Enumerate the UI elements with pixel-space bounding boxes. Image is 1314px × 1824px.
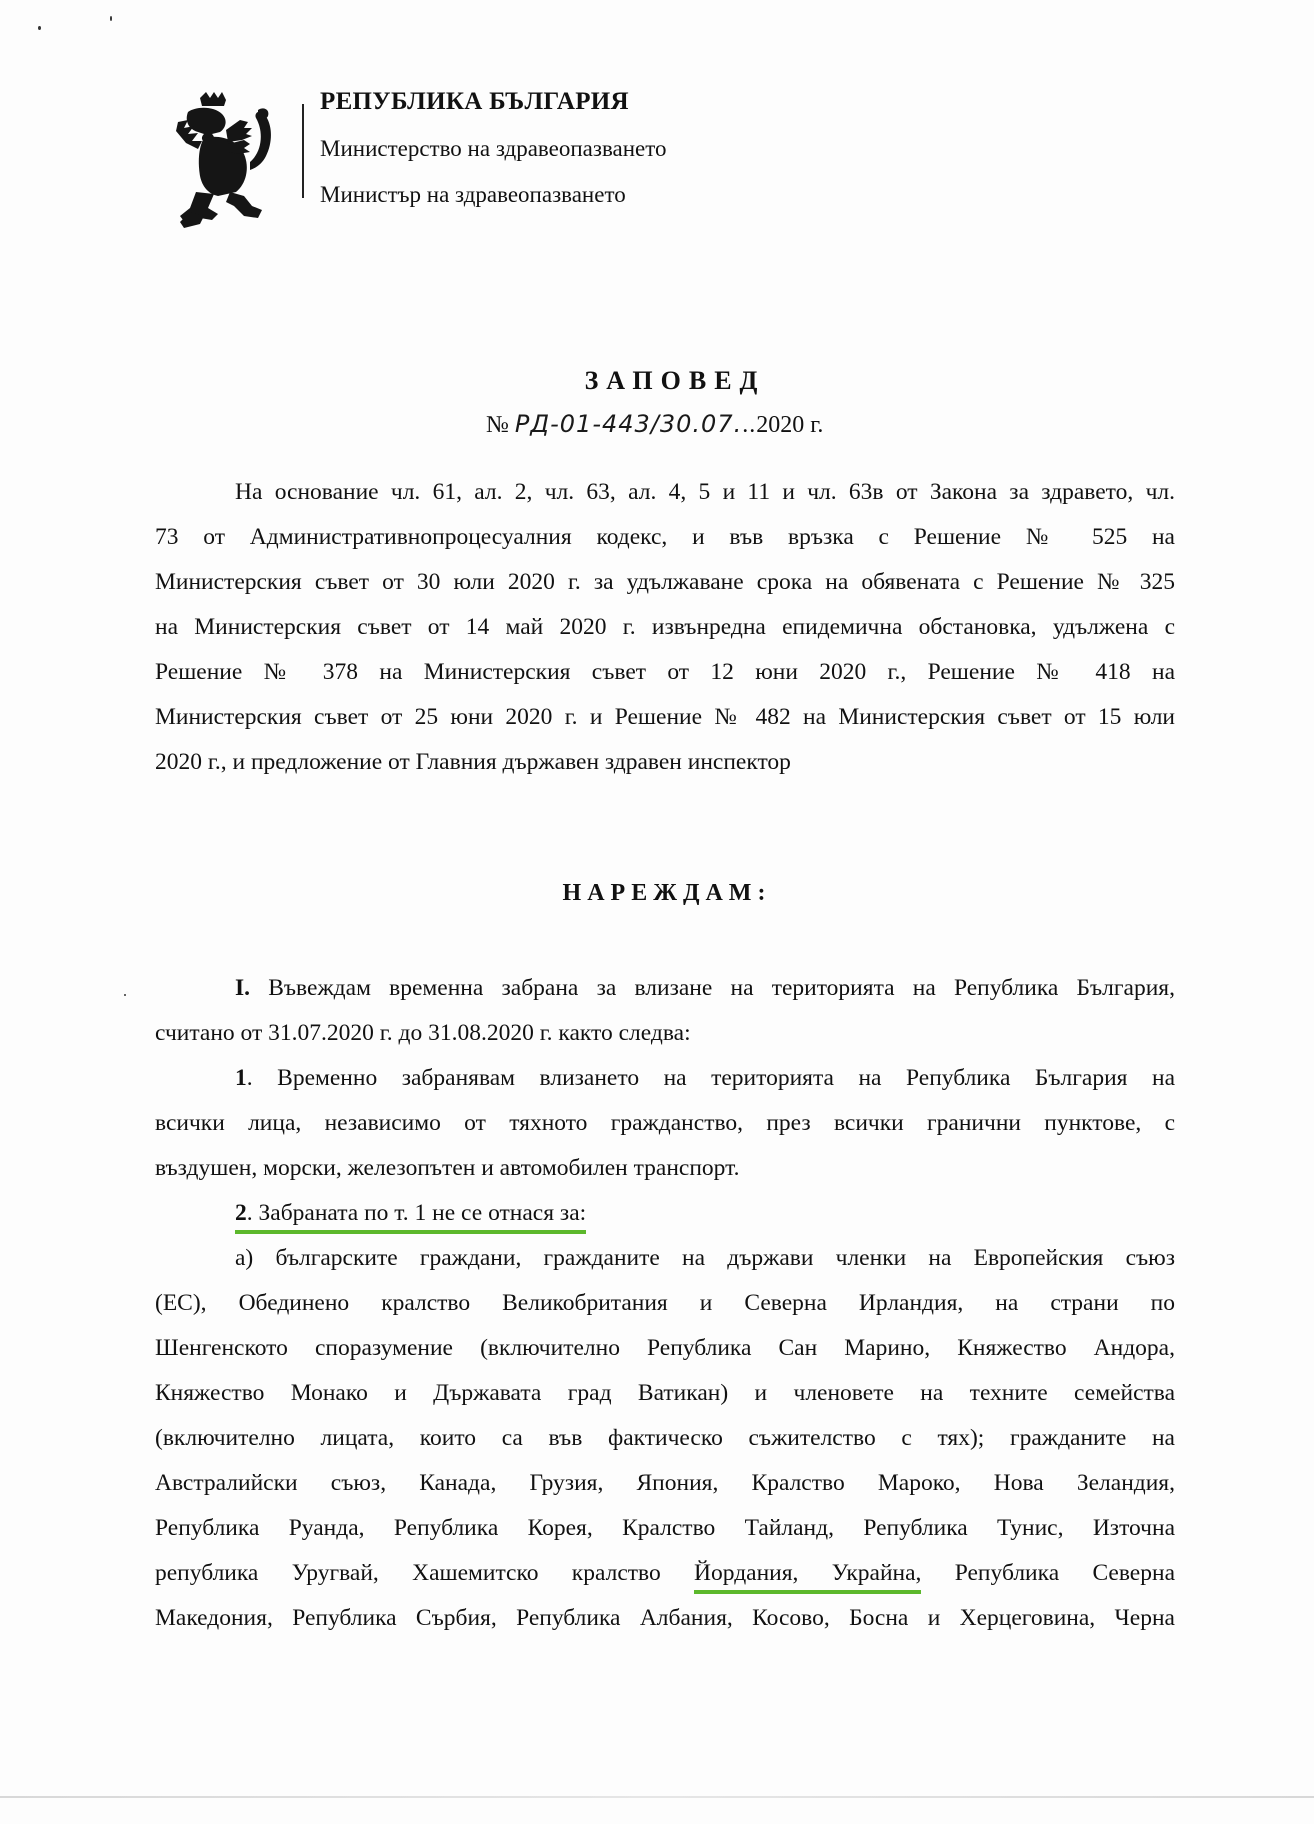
preamble-line: 73 от Административнопроцесуалния кодекс…	[155, 515, 1175, 560]
handwritten-order-number: РД-01-443/30.07.	[515, 410, 742, 438]
preamble-line: на Министерския съвет от 14 май 2020 г. …	[155, 605, 1175, 650]
item-1-line: въздушен, морски, железопътен и автомоби…	[155, 1146, 1175, 1191]
order-year: 2020 г.	[756, 412, 823, 438]
decree-heading: НАРЕЖДАМ:	[0, 880, 1314, 907]
preamble-line: 2020 г., и предложение от Главния държав…	[155, 740, 1175, 785]
scan-speck	[38, 26, 41, 30]
item-2a-line: Австралийски съюз, Канада, Грузия, Япони…	[155, 1461, 1175, 1506]
highlighted-text: Йордания, Украйна,	[694, 1560, 921, 1594]
preamble-line: Министерския съвет от 25 юни 2020 г. и Р…	[155, 695, 1175, 740]
minister-title: Министър на здравеопазването	[320, 182, 626, 208]
item-marker: 1	[235, 1065, 247, 1091]
number-dots: ..	[742, 412, 756, 438]
highlighted-text: 2. Забраната по т. 1 не се отнася за:	[235, 1200, 586, 1234]
item-2a-line: Македония, Република Сърбия, Република А…	[155, 1596, 1175, 1641]
section-I: I. Въвеждам временна забрана за влизане …	[155, 966, 1175, 1056]
item-2a-line: (включително лицата, които са във фактич…	[155, 1416, 1175, 1461]
ministry-name: Министерство на здравеопазването	[320, 136, 666, 162]
item-2a: а) българските граждани, гражданите на д…	[155, 1236, 1175, 1641]
document-title: ЗАПОВЕД	[0, 366, 1314, 396]
scan-speck	[110, 16, 112, 21]
item-2a-line: република Уругвай, Хашемитско кралство Й…	[155, 1551, 1175, 1596]
order-number: № РД-01-443/30.07...2020 г.	[486, 410, 823, 439]
item-1-line: всички лица, независимо от тяхното гражд…	[155, 1101, 1175, 1146]
coat-of-arms-lion-icon	[170, 92, 282, 232]
country-name: РЕПУБЛИКА БЪЛГАРИЯ	[320, 88, 629, 116]
section-marker: I.	[235, 975, 250, 1001]
item-marker: 2	[235, 1200, 247, 1226]
item-2a-line: Шенгенското споразумение (включително Ре…	[155, 1326, 1175, 1371]
preamble: На основание чл. 61, ал. 2, чл. 63, ал. …	[155, 470, 1175, 785]
item-2a-line: Република Руанда, Република Корея, Кралс…	[155, 1506, 1175, 1551]
item-1-line: 1. Временно забранявам влизането на тери…	[155, 1056, 1175, 1101]
header-divider	[302, 104, 304, 198]
item-2a-line: Княжество Монако и Държавата град Ватика…	[155, 1371, 1175, 1416]
item-2a-line: (ЕС), Обединено кралство Великобритания …	[155, 1281, 1175, 1326]
item-2-line: 2. Забраната по т. 1 не се отнася за:	[155, 1191, 1175, 1236]
preamble-line: Решение № 378 на Министерския съвет от 1…	[155, 650, 1175, 695]
scan-speck	[124, 994, 126, 996]
section-I-line: считано от 31.07.2020 г. до 31.08.2020 г…	[155, 1011, 1175, 1056]
section-I-line: I. Въвеждам временна забрана за влизане …	[155, 966, 1175, 1011]
item-1: 1. Временно забранявам влизането на тери…	[155, 1056, 1175, 1191]
document-page: РЕПУБЛИКА БЪЛГАРИЯ Министерство на здрав…	[0, 0, 1314, 1824]
preamble-line: Министерския съвет от 30 юли 2020 г. за …	[155, 560, 1175, 605]
preamble-line: На основание чл. 61, ал. 2, чл. 63, ал. …	[155, 470, 1175, 515]
page-bottom-edge	[0, 1796, 1314, 1798]
item-2: 2. Забраната по т. 1 не се отнася за:	[155, 1191, 1175, 1236]
number-prefix: №	[486, 412, 509, 438]
item-2a-line: а) българските граждани, гражданите на д…	[155, 1236, 1175, 1281]
